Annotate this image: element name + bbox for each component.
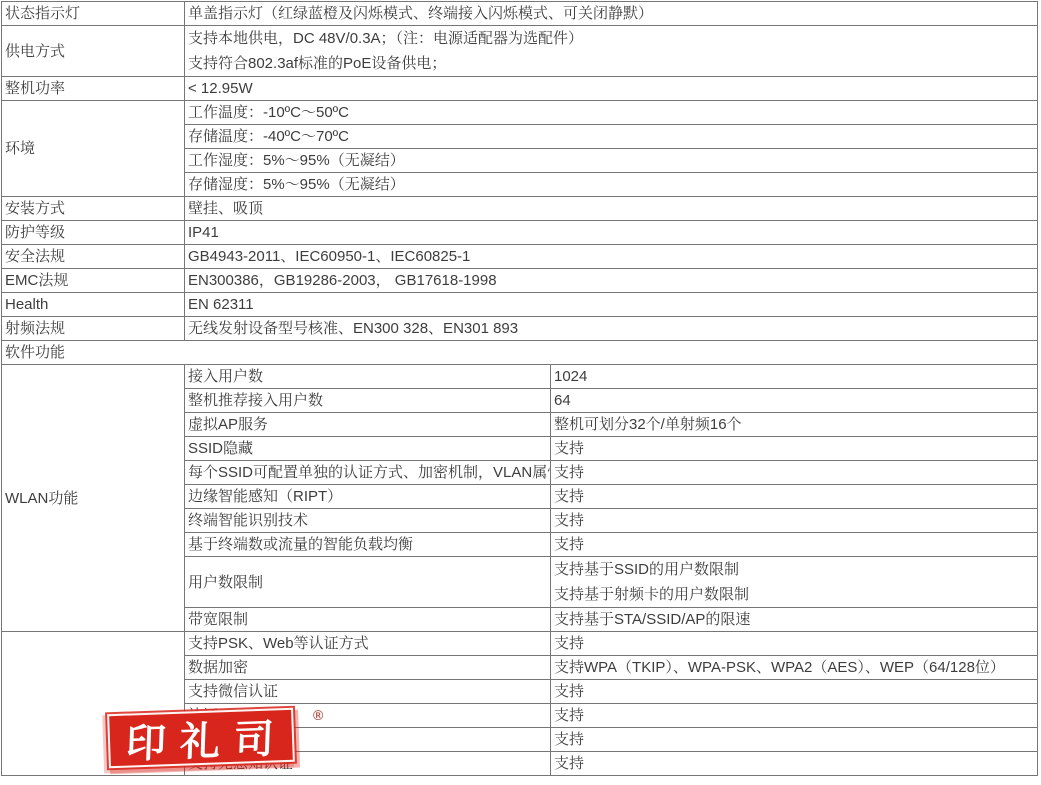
spec-value-cell: 工作湿度：5%～95%（无凝结） bbox=[185, 149, 1038, 173]
feature-cell: 基于终端数或流量的智能负载均衡 bbox=[185, 533, 551, 557]
spec-value-cell: < 12.95W bbox=[185, 77, 1038, 101]
feature-cell: 每个SSID可配置单独的认证方式、加密机制，VLAN属性 bbox=[185, 461, 551, 485]
spec-label-cell: Health bbox=[2, 293, 185, 317]
spec-table-body: 状态指示灯单盖指示灯（红绿蓝橙及闪烁模式、终端接入闪烁模式、可关闭静默）供电方式… bbox=[2, 2, 1038, 776]
registered-trademark-icon: ® bbox=[313, 707, 324, 723]
value-cell: 支持 bbox=[551, 437, 1038, 461]
spec-value-line: 支持符合802.3af标准的PoE设备供电； bbox=[188, 51, 1034, 76]
value-cell: 支持基于STA/SSID/AP的限速 bbox=[551, 608, 1038, 632]
value-cell: 支持基于SSID的用户数限制支持基于射频卡的用户数限制 bbox=[551, 557, 1038, 608]
spec-value-cell: EN 62311 bbox=[185, 293, 1038, 317]
value-cell: 支持 bbox=[551, 632, 1038, 656]
spec-label-cell: 供电方式 bbox=[2, 26, 185, 77]
feature-cell: SSID隐藏 bbox=[185, 437, 551, 461]
table-row: HealthEN 62311 bbox=[2, 293, 1038, 317]
spec-value-line: 支持本地供电，DC 48V/0.3A；（注：电源适配器为选配件） bbox=[188, 26, 1034, 51]
value-cell: 支持WPA（TKIP）、WPA-PSK、WPA2（AES）、WEP（64/128… bbox=[551, 656, 1038, 680]
spec-value-cell: 存储温度：-40ºC～70ºC bbox=[185, 125, 1038, 149]
value-cell: 64 bbox=[551, 389, 1038, 413]
spec-value-cell: IP41 bbox=[185, 221, 1038, 245]
feature-cell: 终端智能识别技术 bbox=[185, 509, 551, 533]
value-cell: 支持 bbox=[551, 461, 1038, 485]
table-row: 状态指示灯单盖指示灯（红绿蓝橙及闪烁模式、终端接入闪烁模式、可关闭静默） bbox=[2, 2, 1038, 26]
feature-cell: 虚拟AP服务 bbox=[185, 413, 551, 437]
spec-label-cell: 整机功率 bbox=[2, 77, 185, 101]
value-cell: 支持 bbox=[551, 509, 1038, 533]
table-row: 防护等级IP41 bbox=[2, 221, 1038, 245]
value-line: 支持基于SSID的用户数限制 bbox=[554, 557, 1034, 582]
feature-cell: 支持微信认证 bbox=[185, 680, 551, 704]
value-cell: 整机可划分32个/单射频16个 bbox=[551, 413, 1038, 437]
spec-label-cell: 环境 bbox=[2, 101, 185, 197]
spec-label-cell: 状态指示灯 bbox=[2, 2, 185, 26]
table-row: 环境工作温度：-10ºC～50ºC bbox=[2, 101, 1038, 125]
table-row: 软件功能 bbox=[2, 341, 1038, 365]
spec-label-cell: EMC法规 bbox=[2, 269, 185, 293]
spec-value-cell: 工作温度：-10ºC～50ºC bbox=[185, 101, 1038, 125]
spec-value-cell: 单盖指示灯（红绿蓝橙及闪烁模式、终端接入闪烁模式、可关闭静默） bbox=[185, 2, 1038, 26]
table-row: WLAN功能接入用户数1024 bbox=[2, 365, 1038, 389]
spec-value-cell: EN300386，GB19286-2003， GB17618-1998 bbox=[185, 269, 1038, 293]
table-row: 安全法规GB4943-2011、IEC60950-1、IEC60825-1 bbox=[2, 245, 1038, 269]
value-cell: 支持 bbox=[551, 533, 1038, 557]
value-cell: 支持 bbox=[551, 728, 1038, 752]
watermark-stamp: 印礼司 ® bbox=[109, 710, 293, 766]
value-line: 支持基于射频卡的用户数限制 bbox=[554, 582, 1034, 607]
spec-label-cell: 射频法规 bbox=[2, 317, 185, 341]
spec-label-cell: 防护等级 bbox=[2, 221, 185, 245]
feature-cell: 带宽限制 bbox=[185, 608, 551, 632]
table-row: 供电方式支持本地供电，DC 48V/0.3A；（注：电源适配器为选配件）支持符合… bbox=[2, 26, 1038, 77]
spec-label-cell: 安装方式 bbox=[2, 197, 185, 221]
watermark-text: 印礼司 bbox=[113, 706, 289, 769]
feature-cell: 边缘智能感知（RIPT） bbox=[185, 485, 551, 509]
feature-cell: 数据加密 bbox=[185, 656, 551, 680]
wlan-group-label-cell: WLAN功能 bbox=[2, 365, 185, 632]
spec-value-cell: 无线发射设备型号核准、EN300 328、EN301 893 bbox=[185, 317, 1038, 341]
section-header-cell: 软件功能 bbox=[2, 341, 1038, 365]
value-cell: 支持 bbox=[551, 485, 1038, 509]
table-row: 射频法规无线发射设备型号核准、EN300 328、EN301 893 bbox=[2, 317, 1038, 341]
spec-label-cell: 安全法规 bbox=[2, 245, 185, 269]
feature-cell: 支持PSK、Web等认证方式 bbox=[185, 632, 551, 656]
value-cell: 1024 bbox=[551, 365, 1038, 389]
value-cell: 支持 bbox=[551, 680, 1038, 704]
value-cell: 支持 bbox=[551, 752, 1038, 776]
feature-cell: 用户数限制 bbox=[185, 557, 551, 608]
spec-value-cell: GB4943-2011、IEC60950-1、IEC60825-1 bbox=[185, 245, 1038, 269]
spec-value-cell: 支持本地供电，DC 48V/0.3A；（注：电源适配器为选配件）支持符合802.… bbox=[185, 26, 1038, 77]
table-row: EMC法规EN300386，GB19286-2003， GB17618-1998 bbox=[2, 269, 1038, 293]
value-cell: 支持 bbox=[551, 704, 1038, 728]
feature-cell: 整机推荐接入用户数 bbox=[185, 389, 551, 413]
spec-table: 状态指示灯单盖指示灯（红绿蓝橙及闪烁模式、终端接入闪烁模式、可关闭静默）供电方式… bbox=[1, 1, 1038, 776]
spec-value-cell: 壁挂、吸顶 bbox=[185, 197, 1038, 221]
spec-value-cell: 存储湿度：5%～95%（无凝结） bbox=[185, 173, 1038, 197]
table-row: 安装方式壁挂、吸顶 bbox=[2, 197, 1038, 221]
feature-cell: 接入用户数 bbox=[185, 365, 551, 389]
table-row: 支持PSK、Web等认证方式支持 bbox=[2, 632, 1038, 656]
table-row: 整机功率< 12.95W bbox=[2, 77, 1038, 101]
